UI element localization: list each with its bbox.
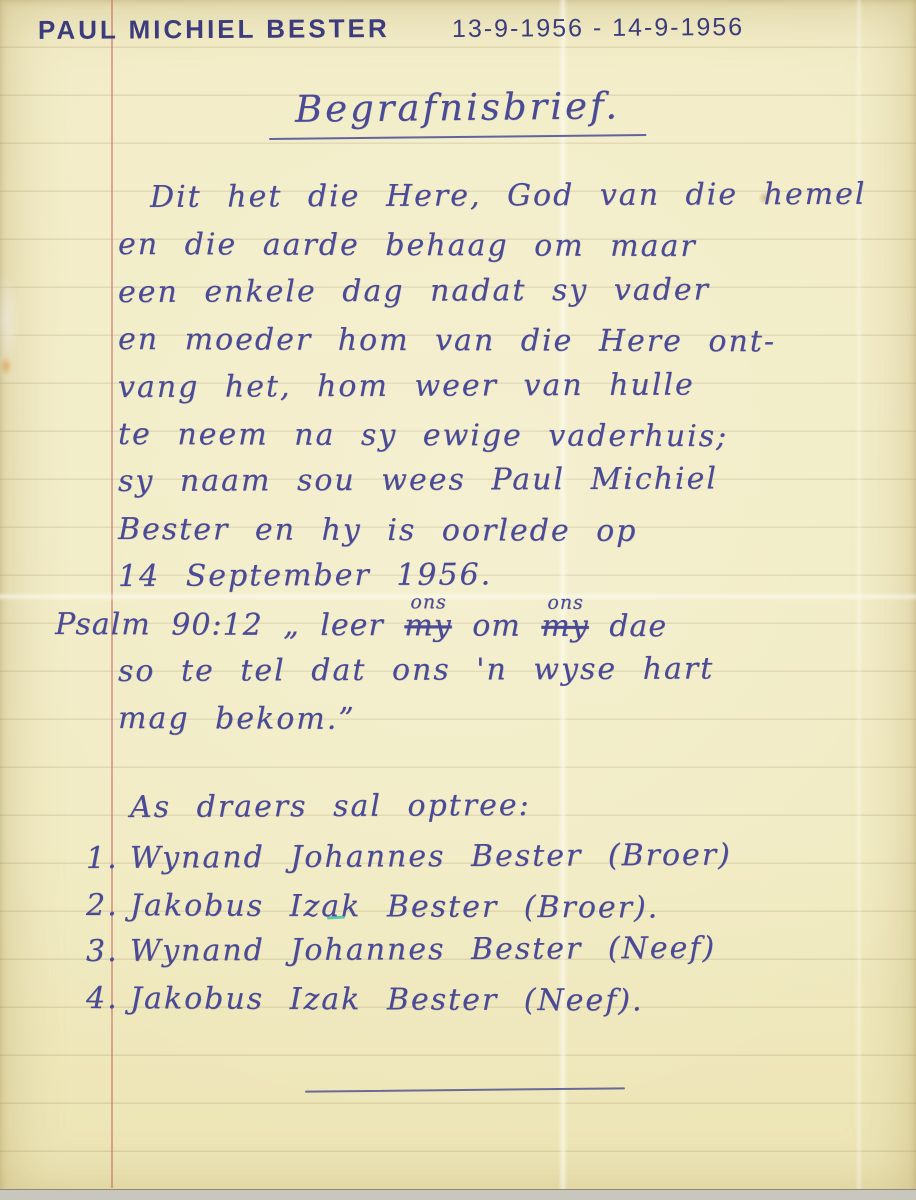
handwritten-line: een enkele dag nadat sy vader bbox=[118, 272, 867, 323]
handwritten-line: Bester en hy is oorlede op bbox=[118, 512, 867, 562]
deceased-name: PAUL MICHIEL BESTER bbox=[38, 13, 390, 46]
bearer-name: Jakobus Izak Bester (Broer). bbox=[130, 888, 659, 925]
inserted-word: ons bbox=[547, 591, 584, 613]
bearer-name: Wynand Johannes Bester (Broer) bbox=[130, 838, 732, 876]
bearer-list-item: 4.Jakobus Izak Bester (Neef). bbox=[86, 981, 732, 1030]
bearer-name: Wynand Johannes Bester (Neef) bbox=[130, 931, 716, 969]
handwritten-line: mag bekom.” bbox=[118, 701, 867, 751]
bearer-list-item: 1.Wynand Johannes Bester (Broer) bbox=[86, 838, 732, 888]
bearers-heading: As draers sal optree: bbox=[130, 788, 531, 825]
header: PAUL MICHIEL BESTER 13-9-1956 - 14-9-195… bbox=[38, 14, 878, 45]
handwritten-line: Psalm 90:12 „ leer myons om myons dae bbox=[55, 607, 867, 657]
bearer-name: Jakobus Izak Bester (Neef). bbox=[130, 981, 644, 1018]
corrected-word: myons bbox=[541, 608, 589, 643]
life-dates: 13-9-1956 - 14-9-1956 bbox=[452, 13, 744, 46]
bearer-number: 4. bbox=[86, 981, 130, 1016]
handwritten-line: vang het, hom weer van hulle bbox=[118, 366, 867, 417]
bearer-number: 2. bbox=[86, 888, 130, 923]
inserted-word: ons bbox=[410, 591, 447, 613]
paragraph: Dit het die Here, God van die hemelen di… bbox=[118, 180, 867, 749]
bearer-number: 1. bbox=[86, 841, 130, 876]
bearer-list-item: 3.Wynand Johannes Bester (Neef) bbox=[86, 931, 732, 981]
bearer-number: 3. bbox=[86, 934, 130, 969]
handwritten-line: en moeder hom van die Here ont- bbox=[118, 322, 867, 372]
title-row: Begrafnisbrief. bbox=[0, 86, 916, 138]
scan-paper-edge bbox=[0, 1189, 916, 1200]
bearers-list: 1.Wynand Johannes Bester (Broer)2.Jakobu… bbox=[86, 841, 732, 1027]
handwritten-line: so te tel dat ons 'n wyse hart bbox=[118, 651, 867, 702]
handwritten-line: Dit het die Here, God van die hemel bbox=[118, 177, 867, 228]
handwritten-line: te neem na sy ewige vaderhuis; bbox=[118, 417, 867, 467]
handwritten-line: en die aarde behaag om maar bbox=[118, 227, 867, 277]
corrected-word: myons bbox=[404, 608, 452, 643]
handwritten-line: sy naam sou wees Paul Michiel bbox=[118, 461, 867, 512]
bearer-list-item: 2.Jakobus Izak Bester (Broer). bbox=[86, 888, 732, 937]
closing-rule-line bbox=[305, 1087, 625, 1092]
document-title: Begrafnisbrief. bbox=[269, 84, 647, 140]
letter-page: PAUL MICHIEL BESTER 13-9-1956 - 14-9-195… bbox=[0, 0, 916, 1200]
handwritten-line: 14 September 1956. bbox=[118, 556, 867, 607]
